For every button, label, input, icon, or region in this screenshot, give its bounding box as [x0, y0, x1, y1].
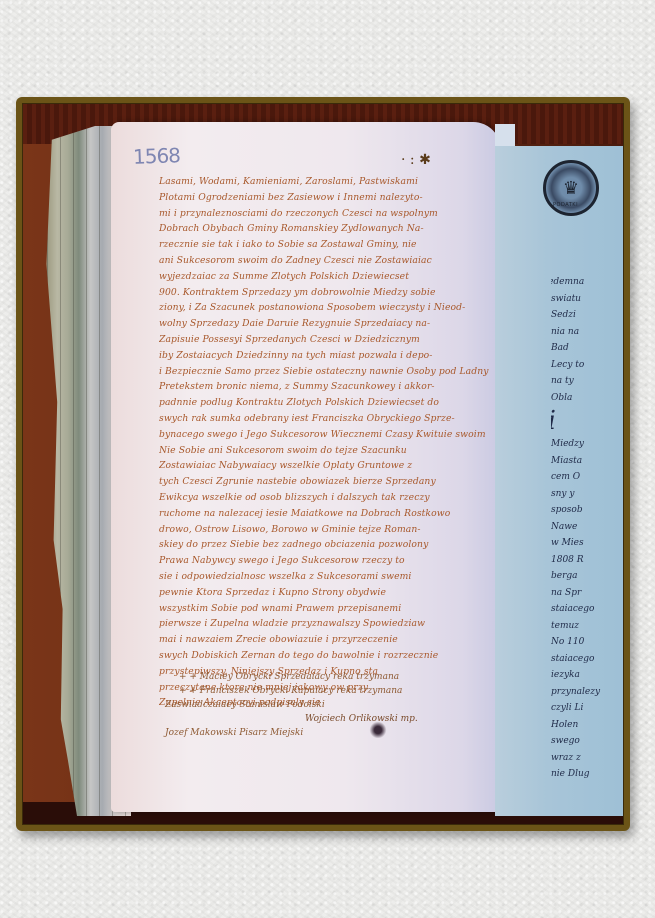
manuscript-photograph: 1568 · : ✱ Lasami, Wodami, Kamieniami, Z… — [22, 103, 624, 825]
text-line: 900. Kontraktem Sprzedazy ym dobrowolnie… — [159, 285, 489, 301]
text-line: pierwsze i Zupelna wladzie przyznawalszy… — [159, 616, 489, 632]
text-line: nia na — [551, 324, 624, 341]
signature-line: Zaswiadczaiacy Stanislaw Podolski — [165, 698, 485, 712]
text-line: czyli Li — [551, 700, 624, 717]
text-line: Prawa Nabywcy swego i Jego Sukcesorow rz… — [159, 553, 489, 569]
text-line: Lecy to — [551, 357, 624, 374]
text-line: sie i odpowiedzialnosc wszelka z Sukceso… — [159, 569, 489, 585]
text-line: No 110 — [551, 634, 624, 651]
text-line: Zostawiaiac Nabywaiacy wszelkie Oplaty G… — [159, 458, 489, 474]
text-line: berga — [551, 568, 624, 585]
photo-frame: 1568 · : ✱ Lasami, Wodami, Kamieniami, Z… — [16, 97, 630, 831]
text-line: staiacego — [551, 651, 624, 668]
seal-label: PODATKI — [553, 202, 578, 208]
text-line: drowo, Ostrow Lisowo, Borowo w Gminie te… — [159, 522, 489, 538]
text-line: iezyka — [551, 667, 624, 684]
handwritten-text-body: Lasami, Wodami, Kamieniami, Zaroslami, P… — [159, 174, 489, 711]
text-line: Obla — [551, 390, 624, 407]
text-line: Nie Sobie ani Sukcesorom swoim do tejze … — [159, 443, 489, 459]
text-line: rzecznie sie tak i iako to Sobie sa Zost… — [159, 237, 489, 253]
text-line: ani Sukcesorom swoim do Zadney Czesci ni… — [159, 253, 489, 269]
signature-line: Jozef Makowski Pisarz Miejski — [165, 726, 485, 740]
signature-line: + + Franciszek Obrycki Kupuiacy reka trz… — [165, 684, 485, 698]
signature-line: + + Maciey Obrycki Sprzedaiacy reka trzy… — [165, 670, 485, 684]
text-line: na Spr — [551, 585, 624, 602]
signature-block: + + Maciey Obrycki Sprzedaiacy reka trzy… — [165, 670, 485, 740]
text-line: pewnie Ktora Sprzedaz i Kupno Strony oby… — [159, 585, 489, 601]
text-line: swych Dobiskich Zernan do tego do bawoln… — [159, 648, 489, 664]
text-line: i Bezpiecznie Samo przez Siebie ostatecz… — [159, 364, 489, 380]
text-line: Dobrach Obybach Gminy Romanskiey Zydlowa… — [159, 221, 489, 237]
text-line: sny y — [551, 486, 624, 503]
text-line: w Mies — [551, 535, 624, 552]
text-line: Lasami, Wodami, Kamieniami, Zaroslami, P… — [159, 174, 489, 190]
text-line: na ty — [551, 373, 624, 390]
text-line: Zapisuie Possesyi Sprzedanych Czesci w D… — [159, 332, 489, 348]
text-line: padnnie podlug Kontraktu Zlotych Polskic… — [159, 395, 489, 411]
text-line: skiey do przez Siebie bez zadnego obciaz… — [159, 537, 489, 553]
text-line: bynacego swego i Jego Sukcesorow Wieczne… — [159, 427, 489, 443]
text-line: Plotami Ogrodzeniami bez Zasiewow i Inne… — [159, 190, 489, 206]
text-line: Holen — [551, 717, 624, 734]
text-line: Nawe — [551, 519, 624, 536]
text-line: swych rak sumka odebrany iest Franciszka… — [159, 411, 489, 427]
text-line: cem O — [551, 469, 624, 486]
text-line: nie Dlug — [551, 766, 624, 783]
text-line: Pretekstem bronic niema, z Summy Szacunk… — [159, 379, 489, 395]
text-line: wszystkim Sobie pod wnami Prawem przepis… — [159, 601, 489, 617]
text-line: przynalezy — [551, 684, 624, 701]
text-line: Bad — [551, 340, 624, 357]
right-document-page: ♛ PODATKI Przedemna swiatu Sedzi nia na … — [495, 146, 624, 816]
text-line: Mi — [551, 406, 624, 436]
text-line: wraz z — [551, 750, 624, 767]
right-handwritten-text: Przedemna swiatu Sedzi nia na Bad Lecy t… — [551, 274, 624, 783]
text-line: ziony, i Za Szacunek postanowiona Sposob… — [159, 300, 489, 316]
text-line: Sedzi — [551, 307, 624, 324]
text-line: staiacego — [551, 601, 624, 618]
text-line: Miasta — [551, 453, 624, 470]
text-line: wyjezdzaiac za Summe Zlotych Polskich Dz… — [159, 269, 489, 285]
signature-line: Wojciech Orlikowski mp. — [165, 712, 485, 726]
ink-marks: · : ✱ — [401, 152, 431, 168]
text-line: swiatu — [551, 291, 624, 308]
text-line: Ewikcya wszelkie od osob blizszych i dal… — [159, 490, 489, 506]
text-line: ruchome na nalezacej iesie Maiatkowe na … — [159, 506, 489, 522]
text-line: temuz — [551, 618, 624, 635]
text-line: wolny Sprzedazy Daie Daruie Rezygnuie Sp… — [159, 316, 489, 332]
page-number: 1568 — [133, 143, 181, 169]
text-line: Miedzy — [551, 436, 624, 453]
left-manuscript-page: 1568 · : ✱ Lasami, Wodami, Kamieniami, Z… — [111, 122, 501, 812]
ink-blot — [369, 722, 387, 738]
text-line: swego — [551, 733, 624, 750]
text-line: iby Zostaiacych Dziedzinny na tych miast… — [159, 348, 489, 364]
text-line: Przedemna — [551, 274, 624, 291]
text-line: mai i nawzaiem Zrecie obowiazuie i przyr… — [159, 632, 489, 648]
text-line: sposob — [551, 502, 624, 519]
text-line: 1808 R — [551, 552, 624, 569]
text-line: mi i przynaleznosciami do rzeczonych Cze… — [159, 206, 489, 222]
text-line: tych Czesci Zgrunie nastebie obowiazek b… — [159, 474, 489, 490]
